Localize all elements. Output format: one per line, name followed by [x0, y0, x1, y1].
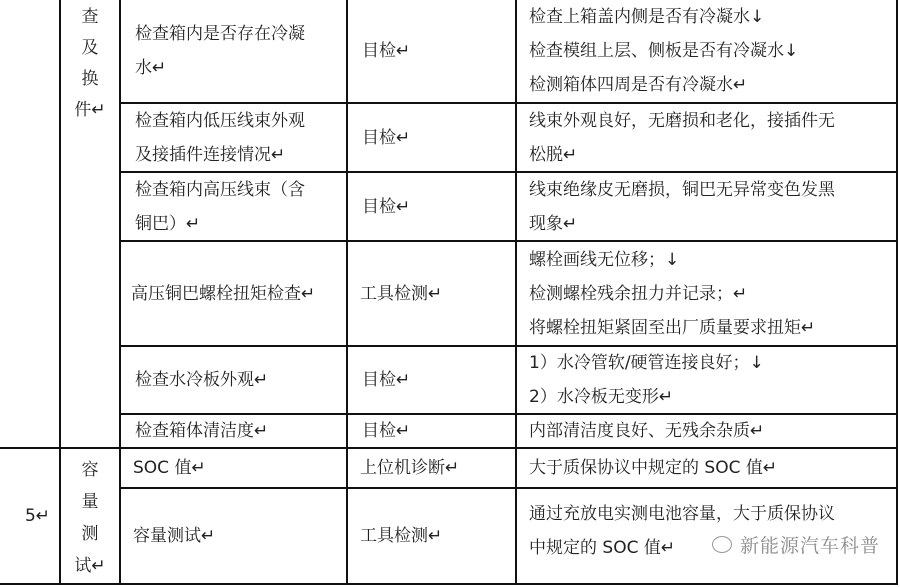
- standard-text: 检查模组上层、侧板是否有冷凝水↓: [529, 34, 896, 68]
- table-row-method: 上位机诊断↵: [348, 449, 515, 487]
- item-text: 铜巴）↵: [135, 207, 346, 241]
- table-row-standard: 1）水冷管软/硬管连接良好；↓ 2）水冷板无变形↵: [517, 347, 896, 413]
- method-text: 目检↵: [362, 190, 515, 224]
- item-text: 检查箱内低压线束外观: [135, 104, 346, 138]
- category-char: 件↵: [74, 95, 105, 126]
- section-number-text: 5↵: [9, 499, 50, 533]
- standard-text: 检查上箱盖内侧是否有冷凝水↓: [529, 0, 896, 34]
- standard-text: 大于质保协议中规定的 SOC 值↵: [529, 451, 896, 485]
- table-row-standard: 线束外观良好，无磨损和老化，接插件无 松脱↵: [517, 104, 896, 171]
- method-text: 目检↵: [362, 414, 515, 448]
- standard-text: 检测螺栓残余扭力并记录；↵: [529, 277, 896, 311]
- table-row-method: 工具检测↵: [348, 242, 515, 345]
- table-row-item: 检查箱内低压线束外观 及接插件连接情况↵: [121, 104, 346, 171]
- item-text: 高压铜巴螺栓扭矩检查↵: [131, 277, 346, 311]
- item-text: 水↵: [135, 51, 346, 85]
- item-text: 检查箱内是否存在冷凝: [135, 17, 346, 51]
- inspection-table: 查 及 换 件↵ 检查箱内是否存在冷凝 水↵ 目检↵ 检查上箱盖内侧是否有冷凝水…: [0, 0, 900, 587]
- table-row-item: SOC 值↵: [121, 449, 346, 487]
- table-row-item: 检查箱体清洁度↵: [121, 415, 346, 447]
- category-label-capacity-test: 容 量 测 试↵: [61, 454, 119, 582]
- category-char: 容: [82, 454, 99, 486]
- standard-text: 通过充放电实测电池容量，大于质保协议: [529, 497, 896, 531]
- method-text: 工具检测↵: [360, 277, 515, 311]
- method-text: 目检↵: [362, 121, 515, 155]
- method-text: 目检↵: [362, 34, 515, 68]
- item-text: 检查箱体清洁度↵: [135, 414, 346, 448]
- item-text: SOC 值↵: [133, 451, 346, 485]
- table-row-standard: 检查上箱盖内侧是否有冷凝水↓ 检查模组上层、侧板是否有冷凝水↓ 检测箱体四周是否…: [517, 0, 896, 102]
- item-text: 容量测试↵: [133, 519, 346, 553]
- table-row-standard: 内部清洁度良好、无残余杂质↵: [517, 415, 896, 447]
- section-number: 5↵: [0, 449, 59, 583]
- standard-text: 线束外观良好，无磨损和老化，接插件无: [529, 104, 896, 138]
- wechat-icon: [712, 536, 732, 553]
- standard-text: 螺栓画线无位移；↓: [529, 243, 896, 277]
- table-row-standard: 大于质保协议中规定的 SOC 值↵: [517, 449, 896, 487]
- table-row-method: 工具检测↵: [348, 489, 515, 583]
- watermark-text: 新能源汽车科普: [740, 531, 880, 558]
- category-char: 查: [82, 2, 99, 33]
- table-row-item: 容量测试↵: [121, 489, 346, 583]
- table-row-item: 高压铜巴螺栓扭矩检查↵: [121, 242, 346, 345]
- standard-text: 检测箱体四周是否有冷凝水↵: [529, 68, 896, 102]
- standard-text: 将螺栓扭矩紧固至出厂质量要求扭矩↵: [529, 311, 896, 345]
- standard-text: 1）水冷管软/硬管连接良好；↓: [529, 346, 896, 380]
- category-char: 测: [82, 518, 99, 550]
- watermark: 新能源汽车科普: [712, 531, 880, 558]
- method-text: 目检↵: [362, 363, 515, 397]
- table-row-method: 目检↵: [348, 173, 515, 240]
- standard-text: 2）水冷板无变形↵: [529, 380, 896, 414]
- standard-text: 线束绝缘皮无磨损，铜巴无异常变色发黑: [529, 173, 896, 207]
- table-bottom-border: [0, 583, 898, 585]
- table-row-method: 目检↵: [348, 104, 515, 171]
- method-text: 上位机诊断↵: [360, 451, 515, 485]
- table-row-method: 目检↵: [348, 347, 515, 413]
- table-row-item: 检查箱内是否存在冷凝 水↵: [121, 0, 346, 102]
- table-row-method: 目检↵: [348, 415, 515, 447]
- table-right-border: [896, 0, 898, 585]
- method-text: 工具检测↵: [360, 519, 515, 553]
- category-char: 试↵: [74, 550, 105, 582]
- table-row-standard: 线束绝缘皮无磨损，铜巴无异常变色发黑 现象↵: [517, 173, 896, 240]
- standard-text: 内部清洁度良好、无残余杂质↵: [529, 414, 896, 448]
- item-text: 检查水冷板外观↵: [135, 363, 346, 397]
- category-char: 及: [82, 33, 99, 64]
- item-text: 及接插件连接情况↵: [135, 138, 346, 172]
- standard-text: 松脱↵: [529, 138, 896, 172]
- table-row-method: 目检↵: [348, 0, 515, 102]
- standard-text: 现象↵: [529, 207, 896, 241]
- category-char: 换: [82, 64, 99, 95]
- category-char: 量: [82, 486, 99, 518]
- table-row-standard: 螺栓画线无位移；↓ 检测螺栓残余扭力并记录；↵ 将螺栓扭矩紧固至出厂质量要求扭矩…: [517, 242, 896, 345]
- category-label-prev: 查 及 换 件↵: [61, 2, 119, 126]
- table-row-item: 检查水冷板外观↵: [121, 347, 346, 413]
- item-text: 检查箱内高压线束（含: [135, 173, 346, 207]
- table-row-item: 检查箱内高压线束（含 铜巴）↵: [121, 173, 346, 240]
